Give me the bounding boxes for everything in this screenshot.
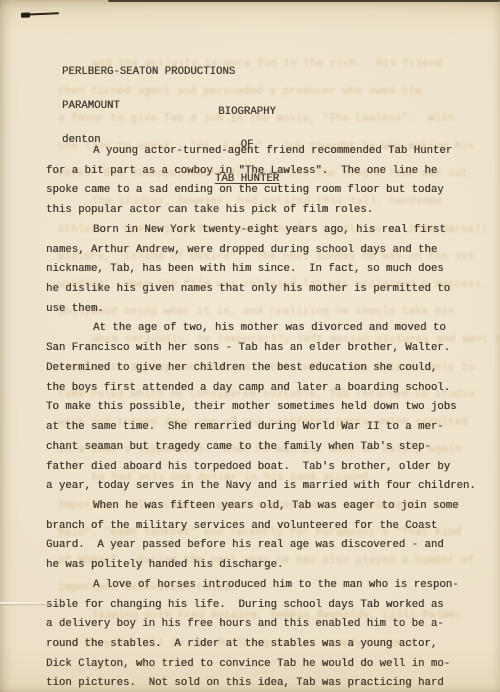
typed-line: round the stables. A rider at the stable… (46, 635, 491, 655)
typed-line: he dislike his given names that only his… (46, 280, 491, 300)
typed-line: branch of the military services and volu… (46, 517, 491, 537)
typed-line: At the age of two, his mother was divorc… (46, 319, 491, 339)
typed-line: for a bit part as a cowboy in "The Lawle… (46, 162, 491, 182)
typed-line: nickname, Tab, has been with him since. … (46, 260, 491, 280)
typed-line: at the same time. She remarried during W… (46, 418, 491, 438)
typed-line: A love of horses introduced him to the m… (46, 576, 491, 596)
production-company: PERLBERG-SEATON PRODUCTIONS (62, 67, 235, 78)
typed-line: names, Arthur Andrew, were dropped durin… (46, 241, 491, 261)
typed-line: a year, today serves in the Navy and is … (46, 477, 491, 497)
typed-line: Born in New York twenty-eight years ago,… (46, 221, 491, 241)
scan-edge-artifact (108, 0, 500, 2)
typed-line: the boys first attended a day camp and l… (46, 379, 491, 399)
typed-line: Determined to give her children the best… (46, 359, 491, 379)
title-word-biography: BIOGRAPHY (0, 107, 494, 118)
typed-line: chant seaman but tragedy came to the fam… (46, 438, 491, 458)
typed-line: tion pictures. Not sold on this idea, Ta… (46, 674, 491, 692)
typed-line: this popular actor can take his pick of … (46, 201, 491, 221)
typed-line: spoke came to a sad ending on the cuttin… (46, 181, 491, 201)
typed-line: Guard. A year passed before his real age… (46, 536, 491, 556)
typed-line: To make this possible, their mother some… (46, 398, 491, 418)
typed-line: a delivery boy in his free hours and thi… (46, 615, 491, 635)
typed-line: San Francisco with her sons - Tab has an… (46, 339, 491, 359)
paper-crease (0, 602, 72, 604)
typed-line: Dick Clayton, who tried to convince Tab … (46, 655, 491, 675)
typed-line: When he was fifteen years old, Tab was e… (46, 497, 491, 517)
staple-head (21, 12, 30, 17)
staple-mark (22, 12, 59, 16)
document-body: A young actor-turned-agent friend recomm… (46, 142, 491, 692)
typed-line: A young actor-turned-agent friend recomm… (46, 142, 491, 162)
document-page: and the activity is more fun to the rich… (0, 0, 500, 692)
typed-line: sible for changing his life. During scho… (46, 596, 491, 616)
typed-line: father died aboard his torpedoed boat. T… (46, 458, 491, 478)
typed-line: he was politely handed his discharge. (46, 556, 491, 576)
typed-line: use them. (46, 300, 491, 320)
